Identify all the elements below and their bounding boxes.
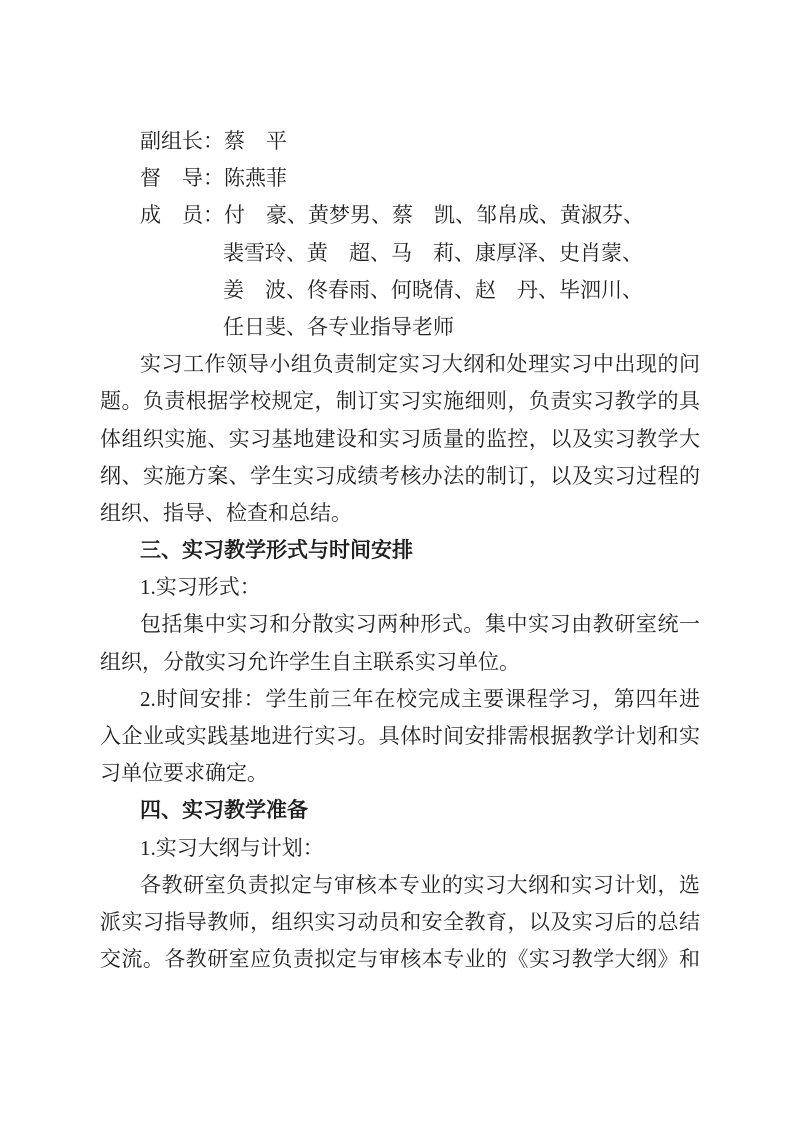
section-3-item-2-line-1: 2.时间安排：学生前三年在校完成主要课程学习，第四年进 — [140, 681, 700, 718]
section-3-item-1-line-1: 包括集中实习和分散实习两种形式。集中实习由教研室统一 — [140, 606, 700, 643]
section-4-item-1-line-3: 交流。各教研室应负责拟定与审核本专业的《实习教学大纲》和 — [100, 941, 700, 978]
section-3-item-2-line-2: 入企业或实践基地进行实习。具体时间安排需根据教学计划和实 — [100, 718, 700, 755]
intro-paragraph-line-1: 实习工作领导小组负责制定实习大纲和处理实习中出现的问 — [140, 346, 700, 383]
section-3-heading: 三、实习教学形式与时间安排 — [140, 532, 700, 569]
section-3-item-1-line-2: 组织，分散实习允许学生自主联系实习单位。 — [100, 644, 700, 681]
section-3-item-2-line-3: 习单位要求确定。 — [100, 755, 700, 792]
intro-paragraph-line-4: 纲、实施方案、学生实习成绩考核办法的制订，以及实习过程的 — [100, 458, 700, 495]
section-4-item-1-label: 1.实习大纲与计划： — [140, 830, 700, 867]
roster-members-line-4: 任日斐、各专业指导老师 — [223, 309, 700, 346]
document-page: 副组长：蔡 平 督 导：陈燕菲 成 员：付 豪、黄梦男、蔡 凯、邹帛成、黄淑芬、… — [0, 0, 793, 1122]
intro-paragraph-line-5: 组织、指导、检查和总结。 — [100, 495, 700, 532]
document-body: 副组长：蔡 平 督 导：陈燕菲 成 员：付 豪、黄梦男、蔡 凯、邹帛成、黄淑芬、… — [100, 123, 700, 978]
roster-deputy-leader-line: 副组长：蔡 平 — [140, 123, 700, 160]
roster-members-line-2: 裴雪玲、黄 超、马 莉、康厚泽、史肖蒙、 — [223, 235, 700, 272]
section-3-item-1-label: 1.实习形式： — [140, 569, 700, 606]
roster-members-line-1: 成 员：付 豪、黄梦男、蔡 凯、邹帛成、黄淑芬、 — [140, 197, 700, 234]
section-4-item-1-line-1: 各教研室负责拟定与审核本专业的实习大纲和实习计划，选 — [140, 867, 700, 904]
roster-supervisor-line: 督 导：陈燕菲 — [140, 160, 700, 197]
section-4-item-1-line-2: 派实习指导教师，组织实习动员和安全教育，以及实习后的总结 — [100, 904, 700, 941]
intro-paragraph-line-2: 题。负责根据学校规定，制订实习实施细则，负责实习教学的具 — [100, 383, 700, 420]
intro-paragraph-line-3: 体组织实施、实习基地建设和实习质量的监控，以及实习教学大 — [100, 421, 700, 458]
section-4-heading: 四、实习教学准备 — [140, 792, 700, 829]
roster-members-line-3: 姜 波、佟春雨、何晓倩、赵 丹、毕泗川、 — [223, 272, 700, 309]
